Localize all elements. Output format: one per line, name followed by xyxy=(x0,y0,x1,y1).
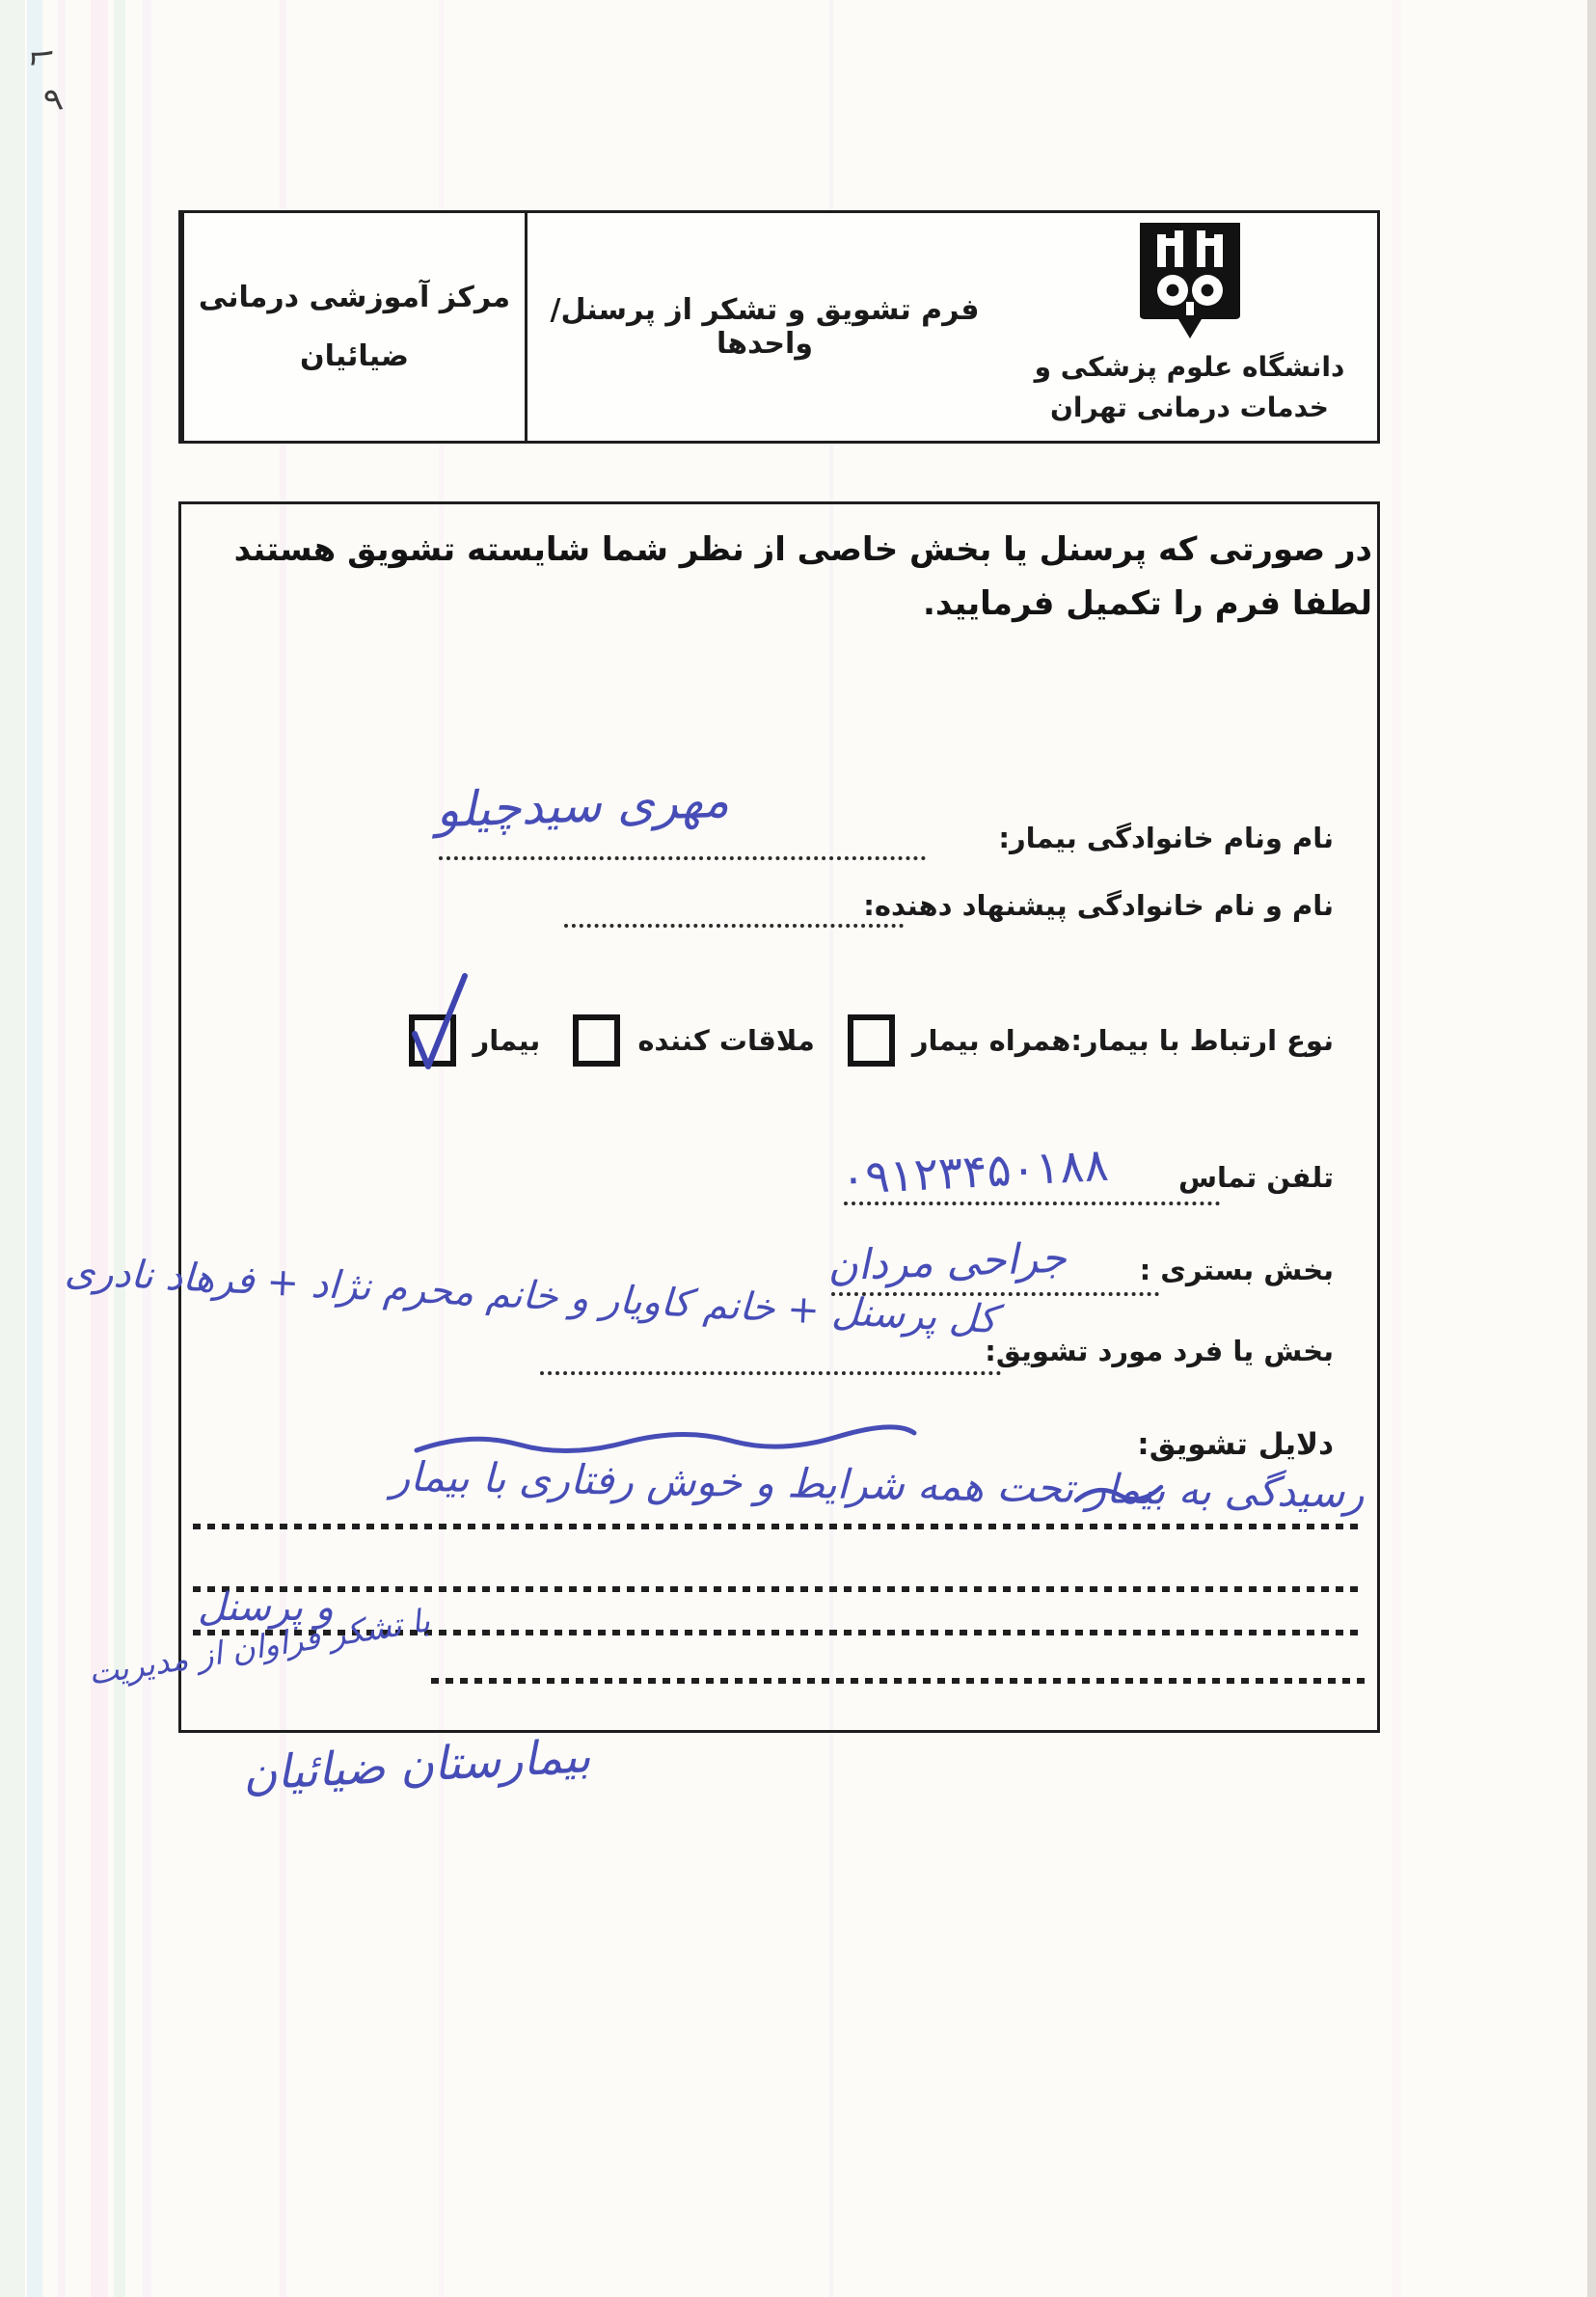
relation-option-companion-label: همراه بیمار xyxy=(912,1024,1071,1057)
corner-pencil-mark-top: ٦ xyxy=(22,48,62,68)
relation-row: نوع ارتباط با بیمار:همراه بیمار ملاقات ک… xyxy=(409,1014,1334,1067)
patient-name-label: نام ونام خانوادگی بیمار: xyxy=(998,822,1334,854)
scan-streak xyxy=(143,0,151,2297)
center-name-line1: مرکز آموزشی درمانی xyxy=(199,281,510,314)
relation-label: نوع ارتباط با بیمار: xyxy=(1070,1024,1334,1057)
ward-handwritten: جراحی مردان xyxy=(826,1234,1067,1291)
scanned-form-page: ٦ ٩ مرکز آموزشی درمانی ضیائیان فرم تشویق… xyxy=(0,0,1596,2297)
corner-pencil-mark-bottom: ٩ xyxy=(40,79,66,121)
reason-line-2 xyxy=(193,1586,1365,1592)
proposer-name-label: نام و نام خانوادگی پیشنهاد دهنده: xyxy=(863,889,1334,922)
proposer-name-write-line xyxy=(564,924,904,928)
reasons-label: دلایل تشویق: xyxy=(1137,1427,1334,1462)
ward-label: بخش بستری : xyxy=(1140,1254,1334,1286)
university-name-line1: دانشگاه علوم پزشکی و xyxy=(1035,351,1345,383)
reason-line-1 xyxy=(193,1524,1365,1529)
patient-name-handwritten: مهری سیدچیلو xyxy=(435,772,730,839)
scan-streak xyxy=(114,0,125,2297)
form-title: فرم تشویق و تشکر از پرسنل/واحدها xyxy=(527,293,1002,361)
relation-option-patient-label: بیمار xyxy=(473,1024,541,1057)
phone-label: تلفن تماس xyxy=(1178,1161,1334,1194)
relation-checkbox-companion xyxy=(848,1014,895,1067)
university-name-line2: خدمات درمانی تهران xyxy=(1050,392,1329,423)
reason-line-4 xyxy=(431,1678,1365,1684)
header-title-cell: فرم تشویق و تشکر از پرسنل/واحدها xyxy=(525,213,1002,441)
scan-streak xyxy=(1392,0,1401,2297)
scan-streak xyxy=(27,0,42,2297)
center-name-line2: ضیائیان xyxy=(300,339,409,373)
patient-name-write-line xyxy=(439,856,926,860)
scan-streak xyxy=(91,0,108,2297)
form-body-box xyxy=(178,501,1380,1733)
checkmark-icon xyxy=(403,970,471,1078)
scan-streak xyxy=(1587,0,1596,2297)
header-university-cell: دانشگاه علوم پزشکی و خدمات درمانی تهران xyxy=(1002,213,1377,441)
scan-streak xyxy=(58,0,66,2297)
header-center-name-cell: مرکز آموزشی درمانی ضیائیان xyxy=(181,213,525,441)
university-logo-icon xyxy=(1136,221,1244,342)
relation-checkbox-visitor xyxy=(573,1014,620,1067)
header-table: مرکز آموزشی درمانی ضیائیان فرم تشویق و ت… xyxy=(178,210,1380,444)
scan-streak xyxy=(0,0,25,2297)
signature-handwritten: بیمارستان ضیائیان xyxy=(242,1729,592,1801)
relation-checkbox-patient xyxy=(409,1014,456,1067)
instruction-text: در صورتی که پرسنل یا بخش خاصی از نظر شما… xyxy=(203,523,1372,631)
target-write-line xyxy=(540,1371,1001,1375)
target-label: بخش یا فرد مورد تشویق: xyxy=(985,1335,1334,1367)
relation-option-visitor-label: ملاقات کننده xyxy=(637,1024,815,1057)
